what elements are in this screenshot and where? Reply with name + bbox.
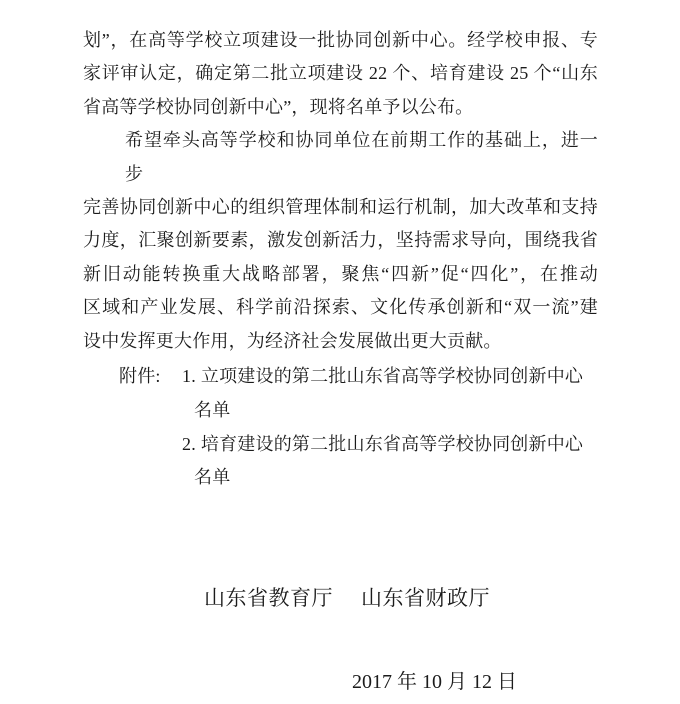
document-body: 划”，在高等学校立项建设一批协同创新中心。经学校申报、专 家评审认定，确定第二批… — [83, 24, 598, 358]
attachments-block: 附件: 1.立项建设的第二批山东省高等学校协同创新中心 名单 2.培育建设的第二… — [119, 360, 583, 495]
signer-education-dept: 山东省教育厅 — [204, 586, 333, 610]
attachment-item-text: 培育建设的第二批山东省高等学校协同创新中心 — [201, 434, 583, 454]
body-line: 省高等学校协同创新中心”，现将名单予以公布。 — [83, 91, 598, 124]
attachments-label: 附件: — [119, 360, 182, 394]
attachment-item-text: 立项建设的第二批山东省高等学校协同创新中心 — [201, 366, 583, 386]
attachments-list: 1.立项建设的第二批山东省高等学校协同创新中心 名单 2.培育建设的第二批山东省… — [182, 360, 583, 495]
signer-finance-dept: 山东省财政厅 — [361, 586, 490, 610]
attachment-item-number: 2. — [182, 434, 196, 454]
attachment-item-title: 1.立项建设的第二批山东省高等学校协同创新中心 — [182, 360, 583, 394]
attachment-item-title: 2.培育建设的第二批山东省高等学校协同创新中心 — [182, 428, 583, 462]
signature-row: 山东省教育厅 山东省财政厅 — [204, 586, 490, 610]
body-line: 新旧动能转换重大战略部署，聚焦“四新”促“四化”，在推动 — [83, 258, 598, 291]
body-line: 希望牵头高等学校和协同单位在前期工作的基础上，进一步 — [83, 124, 598, 191]
body-line: 力度，汇聚创新要素，激发创新活力，坚持需求导向，围绕我省 — [83, 224, 598, 257]
attachment-item-continuation: 名单 — [182, 461, 583, 495]
body-line: 家评审认定，确定第二批立项建设 22 个、培育建设 25 个“山东 — [83, 57, 598, 90]
attachment-item-number: 1. — [182, 366, 196, 386]
attachment-item-continuation: 名单 — [182, 394, 583, 428]
document-date: 2017 年 10 月 12 日 — [352, 670, 517, 694]
attachment-item: 2.培育建设的第二批山东省高等学校协同创新中心 名单 — [182, 428, 583, 496]
body-line: 设中发挥更大作用，为经济社会发展做出更大贡献。 — [83, 325, 598, 358]
body-line: 区域和产业发展、科学前沿探索、文化传承创新和“双一流”建 — [83, 291, 598, 324]
attachment-item: 1.立项建设的第二批山东省高等学校协同创新中心 名单 — [182, 360, 583, 428]
scanned-document-page: 划”，在高等学校立项建设一批协同创新中心。经学校申报、专 家评审认定，确定第二批… — [0, 0, 680, 704]
body-line: 完善协同创新中心的组织管理体制和运行机制，加大改革和支持 — [83, 191, 598, 224]
body-line: 划”，在高等学校立项建设一批协同创新中心。经学校申报、专 — [83, 24, 598, 57]
